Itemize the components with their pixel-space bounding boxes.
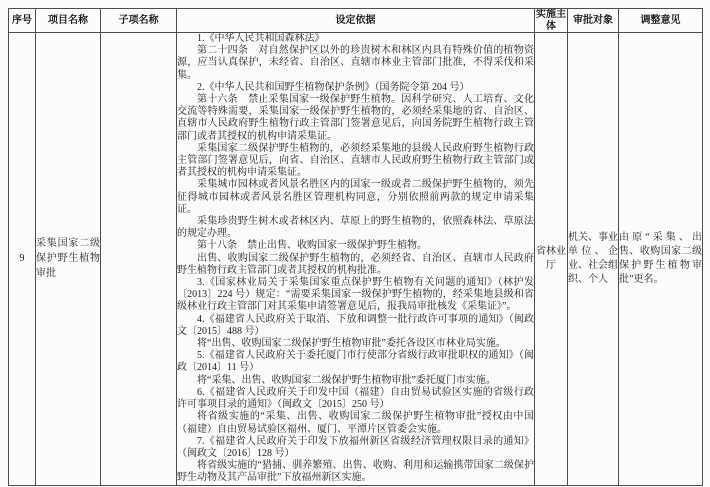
basis-paragraph: 7.《福建省人民政府关于印发下放福州新区省级经济管理权限目录的通知》（闽政文〔2… [177,436,534,460]
basis-paragraph: 1.《中华人民共和国森林法》 [177,33,534,45]
column-header-implementing-body: 实施主体 [535,9,568,33]
basis-paragraph: 2.《中华人民共和国野生植物保护条例》（国务院令第 204 号） [177,82,534,94]
basis-paragraph: 出售、收购国家二级保护野生植物的，必须经省、自治区、直辖市人民政府野生植物行政主… [177,253,534,277]
basis-paragraph: 将省级实施的“猎捕、驯养繁殖、出售、收购、利用和运输携带国家二级保护野生动物及其… [177,460,534,484]
cell-adjustment-opinion: 由原“采集、出售、收购国家二级保护野生植物审批”更名。 [619,33,703,486]
column-header-seq-number: 序号 [9,9,36,33]
cell-setting-basis: 1.《中华人民共和国森林法》第二十四条 对自然保护区以外的珍贵树木和林区内具有特… [177,33,535,486]
basis-paragraph: 将“采集、出售、收购国家二级保护野生植物审批”委托厦门市实施。 [177,375,534,387]
basis-paragraph: 采集国家二级保护野生植物的，必须经采集地的县级人民政府野生植物行政主管部门签署意… [177,143,534,180]
basis-paragraph: 采集城市园林或者风景名胜区内的国家一级或者二级保护野生植物的，须先征得城市园林或… [177,179,534,216]
basis-paragraph: 6.《福建省人民政府关于印发中国（福建）自由贸易试验区实施的省级行政许可事项目录… [177,387,534,411]
document-page: 序号 项目名称 子项名称 设定依据 实施主体 审批对象 调整意见 9 采集国家二… [0,0,710,487]
column-header-project-name: 项目名称 [36,9,101,33]
cell-approval-target: 机关、事业单位、企业、社会组织、个人 [568,33,619,486]
basis-paragraph: 5.《福建省人民政府关于委托厦门市行使部分省级行政审批职权的通知》（闽政〔201… [177,350,534,374]
basis-paragraph: 采集珍贵野生树木或者林区内、草原上的野生植物的，依照森林法、草原法的规定办理。 [177,216,534,240]
column-header-approval-target: 审批对象 [568,9,619,33]
column-header-adjustment-opinion: 调整意见 [619,9,703,33]
basis-paragraph: 4.《福建省人民政府关于取消、下放和调整一批行政许可事项的通知》（闽政文〔201… [177,314,534,338]
table-row: 9 采集国家二级保护野生植物审批 1.《中华人民共和国森林法》第二十四条 对自然… [9,33,703,486]
cell-project-name: 采集国家二级保护野生植物审批 [36,33,101,486]
cell-implementing-body: 省林业厅 [535,33,568,486]
approval-items-table: 序号 项目名称 子项名称 设定依据 实施主体 审批对象 调整意见 9 采集国家二… [8,8,703,486]
basis-paragraph: 第十六条 禁止采集国家一级保护野生植物。因科学研究、人工培育、文化交流等特殊需要… [177,94,534,143]
header-row: 序号 项目名称 子项名称 设定依据 实施主体 审批对象 调整意见 [9,9,703,33]
column-header-sub-item-name: 子项名称 [101,9,177,33]
cell-seq-number: 9 [9,33,36,486]
basis-paragraph: 第十八条 禁止出售、收购国家一级保护野生植物。 [177,240,534,252]
basis-paragraph: 第二十四条 对自然保护区以外的珍贵树木和林区内具有特殊价值的植物资源，应当认真保… [177,45,534,82]
basis-paragraph: 3.《国家林业局关于采集国家重点保护野生植物有关问题的通知》（林护发〔2013〕… [177,277,534,314]
column-header-setting-basis: 设定依据 [177,9,535,33]
basis-paragraph: 将“出售、收购国家二级保护野生植物审批”委托各设区市林业局实施。 [177,338,534,350]
basis-paragraph: 将省级实施的“采集、出售、收购国家二级保护野生植物审批”授权由中国（福建）自由贸… [177,411,534,435]
cell-sub-item-name [101,33,177,486]
